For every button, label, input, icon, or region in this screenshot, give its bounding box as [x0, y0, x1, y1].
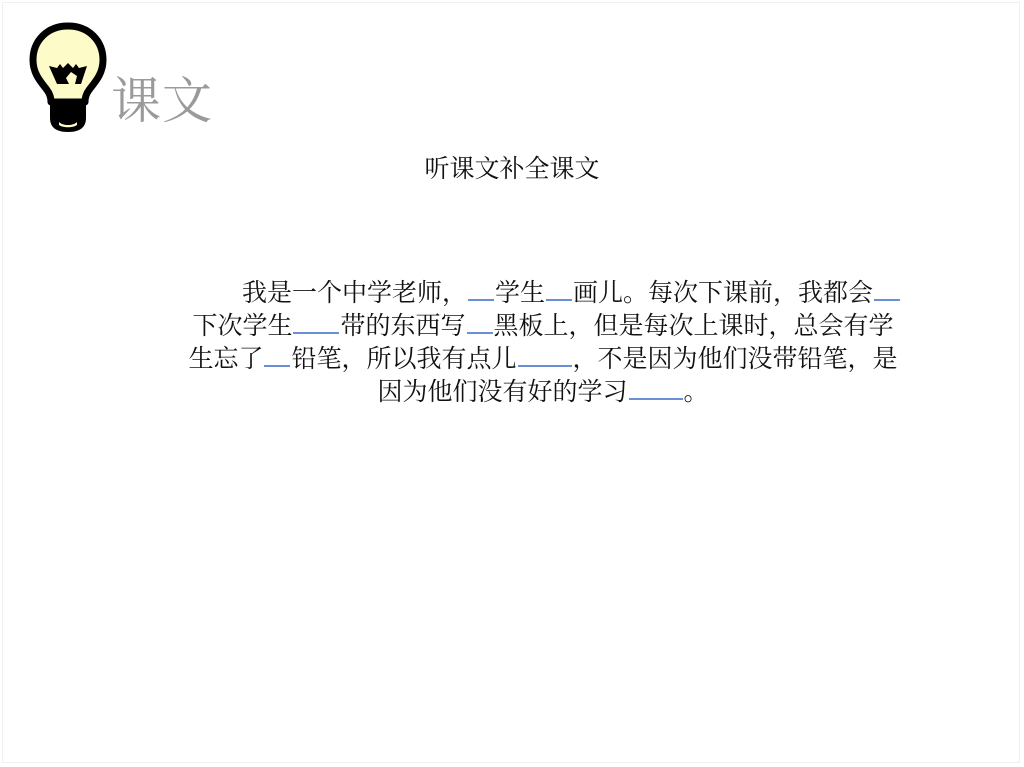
blank-field[interactable] — [264, 345, 290, 367]
blank-field[interactable] — [467, 312, 493, 334]
blank-field[interactable] — [874, 279, 900, 301]
blank-field[interactable] — [518, 345, 572, 367]
text-segment: 下次学生 — [192, 311, 292, 340]
text-segment: 画儿。每次下课前，我都会 — [573, 278, 873, 307]
text-segment: 铅笔，所以我有点儿 — [291, 344, 516, 373]
passage-line-1: 我是一个中学老师，学生画儿。每次下课前，我都会 — [143, 276, 943, 309]
text-segment: 因为他们没有好的学习 — [377, 377, 627, 406]
text-segment: 黑板上，但是每次上课时，总会有学 — [494, 311, 894, 340]
passage-line-2: 下次学生带的东西写黑板上，但是每次上课时，总会有学 — [143, 309, 943, 342]
blank-field[interactable] — [629, 378, 683, 400]
blank-field[interactable] — [546, 279, 572, 301]
text-segment: ，不是因为他们没带铅笔，是 — [573, 344, 898, 373]
passage: 我是一个中学老师，学生画儿。每次下课前，我都会 下次学生带的东西写黑板上，但是每… — [143, 276, 943, 408]
instruction-heading: 听课文补全课文 — [0, 153, 1024, 185]
text-segment: 生忘了 — [188, 344, 263, 373]
passage-line-4: 因为他们没有好的学习。 — [143, 375, 943, 408]
text-segment: 我是一个中学老师， — [242, 278, 467, 307]
text-segment: 带的东西写 — [340, 311, 465, 340]
passage-line-3: 生忘了铅笔，所以我有点儿，不是因为他们没带铅笔，是 — [143, 342, 943, 375]
text-segment: 。 — [684, 377, 709, 406]
text-segment: 学生 — [495, 278, 545, 307]
page-title: 课文 — [111, 71, 213, 131]
lightbulb-icon — [29, 22, 107, 134]
blank-field[interactable] — [468, 279, 494, 301]
blank-field[interactable] — [293, 312, 339, 334]
